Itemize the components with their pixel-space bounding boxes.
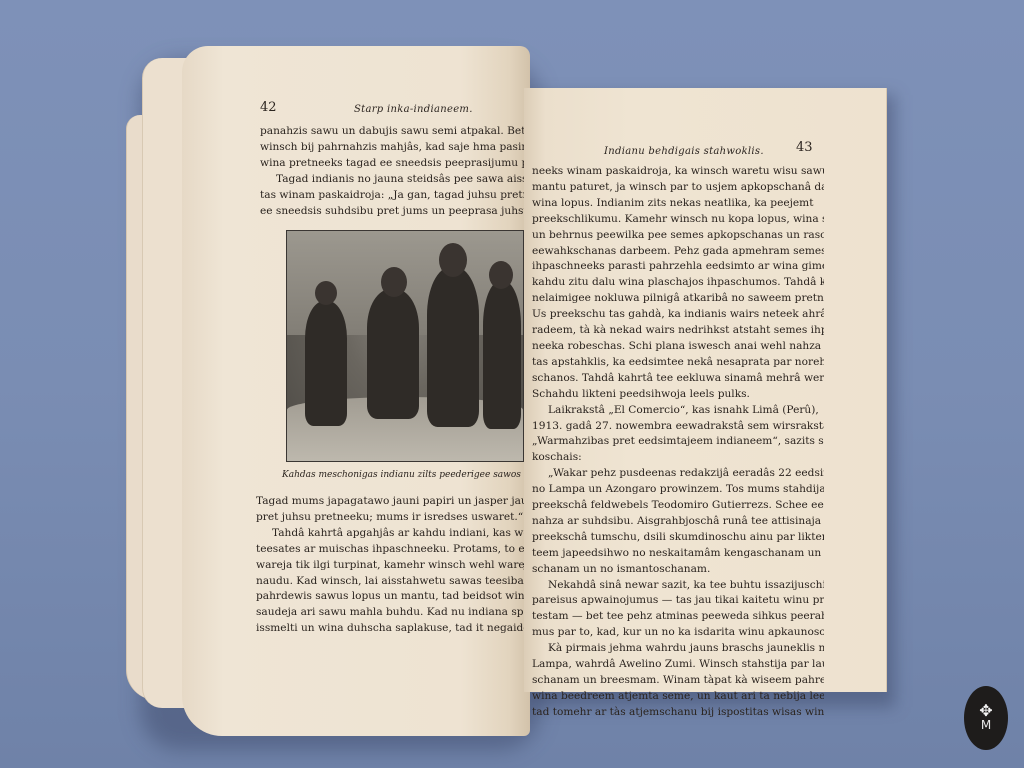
text-line: pahrdewis sawus lopus un mantu, tad beid… — [256, 589, 530, 605]
text-line: tas winam paskaidroja: „Ja gan, tagad ju… — [260, 188, 530, 204]
figure-head — [439, 243, 467, 277]
text-line: Lampa, wahrdâ Awelino Zumi. Winsch stahs… — [532, 657, 824, 673]
text-line: Tagad indianis no jauna steidsâs pee saw… — [260, 172, 530, 188]
text-line: winsch bij pahrnahzis mahjâs, kad saje h… — [260, 140, 530, 156]
text-line: nelaimigee nokluwa pilnigâ atkaribâ no s… — [532, 291, 824, 307]
text-line: radeem, tà kà nekad wairs nedrihkst atst… — [532, 323, 824, 339]
text-line: Tahdâ kahrtâ apgahjâs ar kahdu indiani, … — [256, 526, 530, 542]
text-line: neeka robeschas. Schi plana iswesch anai… — [532, 339, 824, 355]
text-line: schanam un breesmam. Winam tàpat kà wise… — [532, 673, 824, 689]
text-line: wina pretneeks tagad ee sneedsis peepras… — [260, 156, 530, 172]
text-line: koschais: — [532, 450, 824, 466]
text-line: panahzis sawu un dabujis sawu semi atpak… — [260, 124, 530, 140]
text-line: kahdu zitu dalu wina plaschajos ihpaschu… — [532, 275, 824, 291]
figure-person — [367, 289, 419, 419]
text-line: tad tomehr ar tàs atjemschanu bij ispost… — [532, 705, 824, 721]
text-line: issmelti un wina duhscha saplakuse, tad … — [256, 621, 530, 637]
text-line: preekschâ feldwebels Teodomiro Gutierrez… — [532, 498, 824, 514]
text-line: preekschlikumu. Kamehr winsch nu kopa lo… — [532, 212, 824, 228]
figure-head — [381, 267, 407, 297]
text-line: eewahkschanas darbeem. Pehz gada apmehra… — [532, 244, 824, 260]
watermark-logo: ✥ M — [964, 686, 1008, 750]
figure-person — [483, 281, 521, 429]
text-line: „Warmahzibas pret eedsimtajeem indianeem… — [532, 434, 824, 450]
text-line: neeks winam paskaidroja, ka winsch waret… — [532, 164, 824, 180]
text-line: saudeja ari sawu mahla buhdu. Kad nu ind… — [256, 605, 530, 621]
text-line: wina beedreem atjemta seme, un kaut ari … — [532, 689, 824, 705]
text-line: ee sneedsis suhdsibu pret jums un peepra… — [260, 204, 530, 220]
text-line: naudu. Kad winsch, lai aisstahwetu sawas… — [256, 574, 530, 590]
text-line: tas apstahklis, ka eedsimtee nekâ nesapr… — [532, 355, 824, 371]
illustration-photo — [286, 230, 524, 462]
text-line: un behrnus peewilka pee semes apkopschan… — [532, 228, 824, 244]
figure-caption: Kahdas meschonigas indianu zilts peederi… — [282, 470, 530, 480]
text-line: Laikrakstâ „El Comercio“, kas isnahk Lim… — [532, 403, 824, 419]
running-head-left: Starp inka-indianeem. — [354, 104, 473, 115]
text-line: schanam un no ismantoschanam. — [532, 562, 824, 578]
text-line: 1913. gadâ 27. nowembra eewadrakstâ sem … — [532, 419, 824, 435]
text-line: Tagad mums japagatawo jauni papiri un ja… — [256, 494, 530, 510]
text-line: pareisus apwainojumus — tas jau tikai ka… — [532, 593, 824, 609]
text-line: ihpaschneeks parasti pahrzehla eedsimto … — [532, 259, 824, 275]
text-line: Us preekschu tas gahdà, ka indianis wair… — [532, 307, 824, 323]
text-line: Nekahdâ sinâ newar sazit, ka tee buhtu i… — [532, 578, 824, 594]
text-line: preekschâ tumschu, dsili skumdinoschu ai… — [532, 530, 824, 546]
figure-person — [305, 301, 347, 426]
text-line: mantu paturet, ja winsch par to usjem ap… — [532, 180, 824, 196]
page-number-right: 43 — [796, 140, 813, 155]
page-number-left: 42 — [260, 100, 277, 115]
text-line: mus par to, kad, kur un no ka isdarita w… — [532, 625, 824, 641]
text-line: nahza ar suhdsibu. Aisgrahbjoschâ runâ t… — [532, 514, 824, 530]
left-top-paragraph: panahzis sawu un dabujis sawu semi atpak… — [260, 124, 530, 219]
figure-head — [489, 261, 513, 289]
text-line: teesates ar muischas ihpaschneeku. Prota… — [256, 542, 530, 558]
text-line: schanos. Tahdâ kahrtâ tee eekluwa sinamâ… — [532, 371, 824, 387]
text-line: wina lopus. Indianim zits nekas neatlika… — [532, 196, 824, 212]
text-line: Kà pirmais jehma wahrdu jauns braschs ja… — [532, 641, 824, 657]
text-line: pret juhsu pretneeku; mums ir isredses u… — [256, 510, 530, 526]
figure-person — [427, 267, 479, 427]
running-head-right: Indianu behdigais stahwoklis. — [604, 146, 764, 157]
text-line: no Lampa un Azongaro prowinzem. Tos mums… — [532, 482, 824, 498]
right-body-text: neeks winam paskaidroja, ka winsch waret… — [532, 164, 824, 721]
text-line: Schahdu likteni peedsihwoja leels pulks. — [532, 387, 824, 403]
left-page: 42 Starp inka-indianeem. panahzis sawu u… — [182, 46, 530, 736]
right-page: Indianu behdigais stahwoklis. 43 neeks w… — [524, 88, 887, 692]
text-line: testam — bet tee pehz atminas peeweda si… — [532, 609, 824, 625]
left-bottom-paragraph: Tagad mums japagatawo jauni papiri un ja… — [256, 494, 530, 637]
text-line: „Wakar pehz pusdeenas redakzijâ eeradâs … — [532, 466, 824, 482]
figure-head — [315, 281, 337, 305]
text-line: wareja tik ilgi turpinat, kamehr winsch … — [256, 558, 530, 574]
monogram-text: M — [981, 718, 991, 732]
text-line: teem japeedsihwo no neskaitamâm kengasch… — [532, 546, 824, 562]
flower-monogram-icon: ✥ — [979, 704, 992, 718]
